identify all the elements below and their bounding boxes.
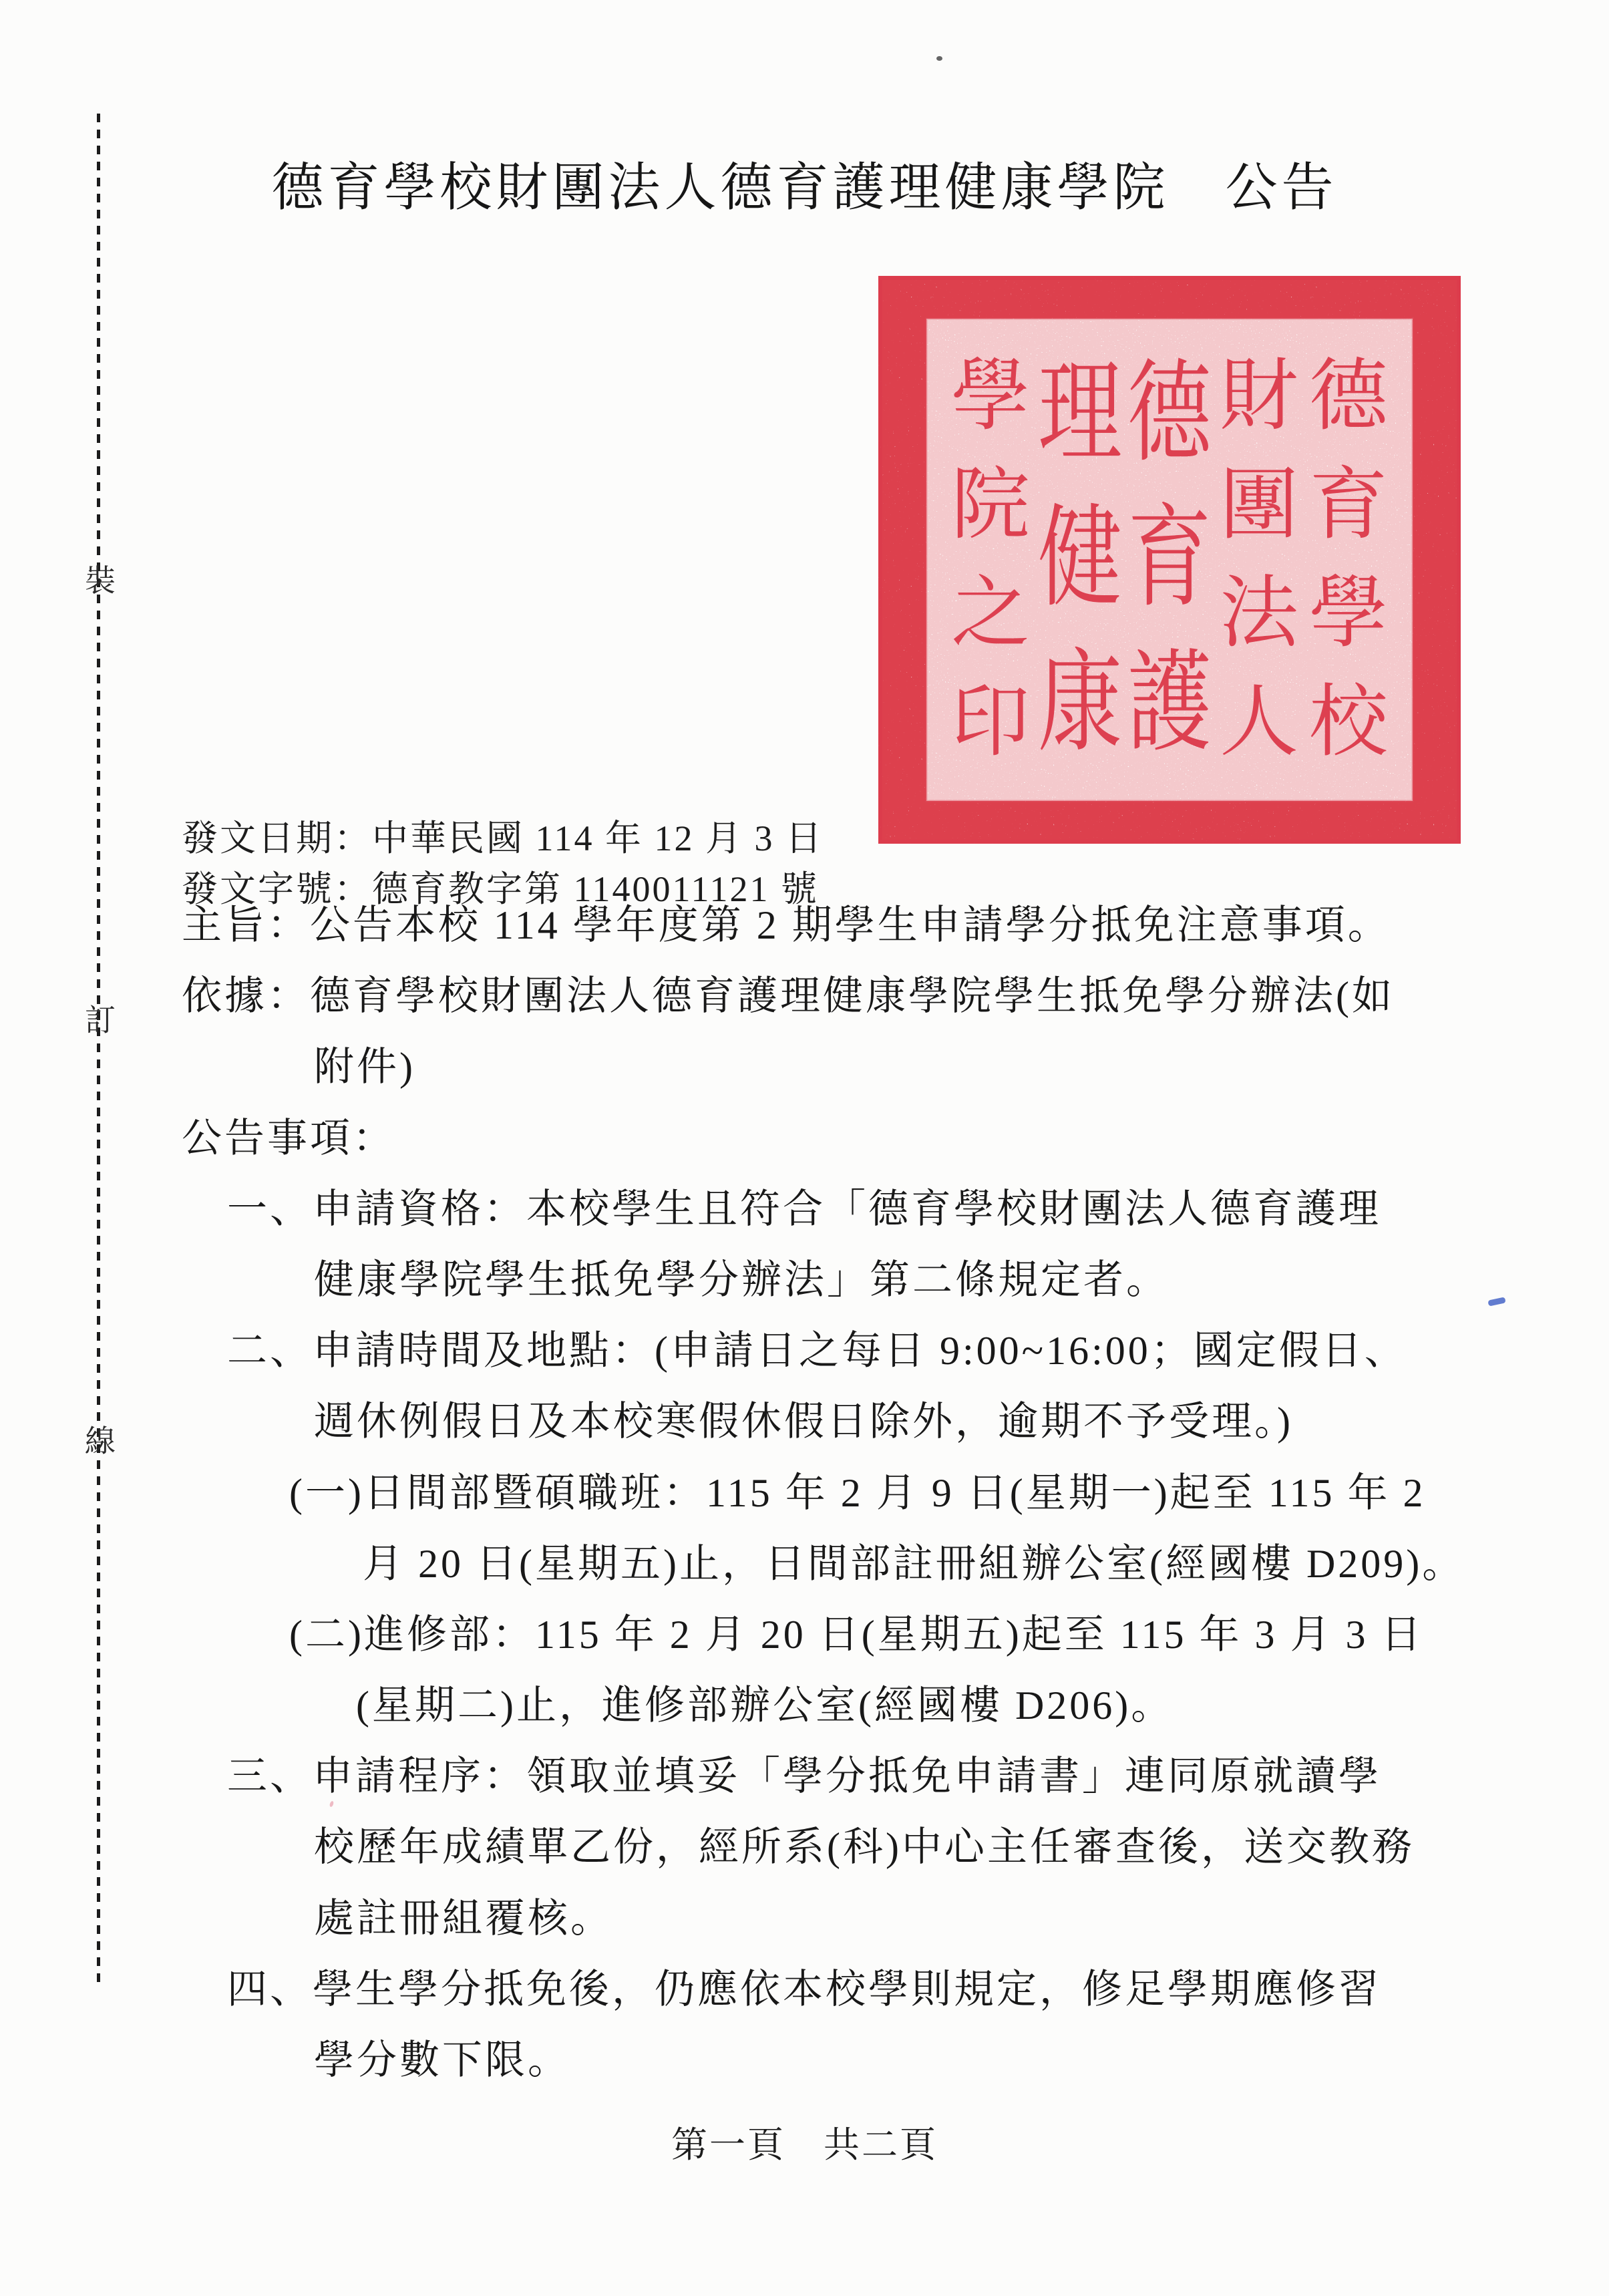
issue-date-line: 發文日期：中華民國 114 年 12 月 3 日 xyxy=(182,810,824,861)
announcement-page: 裝 訂 線 德育學校財團法人德育護理健康學院 公告 xyxy=(0,0,1609,2296)
body-line-item-1: 一、申請資格：本校學生且符合「德育學校財團法人德育護理 xyxy=(227,1174,1491,1245)
document-title: 德育學校財團法人德育護理健康學院 公告 xyxy=(271,146,1337,220)
seal-column: 財團法人 xyxy=(1216,343,1302,777)
seal-column: 理健康 xyxy=(1037,343,1123,777)
seal-column: 德育學校 xyxy=(1306,343,1391,777)
body-line-subject: 主旨：公告本校 114 學年度第 2 期學生申請學分抵免注意事項。 xyxy=(182,890,1491,961)
announcement-body: 主旨：公告本校 114 學年度第 2 期學生申請學分抵免注意事項。 依據：德育學… xyxy=(182,890,1491,2096)
scan-speck-gray xyxy=(936,56,942,61)
official-seal: 德育學校 財團法人 德育護 理健康 學院之印 xyxy=(878,276,1461,844)
body-line: 健康學院學生抵免學分辦法」第二條規定者。 xyxy=(314,1245,1491,1315)
body-line: 週休例假日及本校寒假休假日除外，逾期不予受理。) xyxy=(314,1386,1491,1457)
body-line: 學分數下限。 xyxy=(314,2025,1491,2096)
seal-column: 學院之印 xyxy=(948,343,1033,777)
body-line: 校歷年成績單乙份，經所系(科)中心主任審查後，送交教務 xyxy=(314,1812,1491,1882)
binding-dashed-line xyxy=(97,114,100,1989)
seal-text: 德育學校 財團法人 德育護 理健康 學院之印 xyxy=(948,343,1391,777)
body-line-items-header: 公告事項： xyxy=(182,1103,1491,1174)
body-line-item-3: 三、申請程序：領取並填妥「學分抵免申請書」連同原就讀學 xyxy=(227,1741,1491,1812)
body-line: 月 20 日(星期五)止，日間部註冊組辦公室(經國樓 D209)。 xyxy=(363,1528,1491,1599)
binding-char-zhuang: 裝 xyxy=(83,566,118,597)
body-line-basis: 依據：德育學校財團法人德育護理健康學院學生抵免學分辦法(如 xyxy=(182,961,1491,1031)
body-line: 處註冊組覆核。 xyxy=(314,1883,1491,1954)
body-line-item-2-1: (一)日間部暨碩職班：115 年 2 月 9 日(星期一)起至 115 年 2 xyxy=(289,1458,1491,1528)
binding-char-ding: 訂 xyxy=(83,1005,118,1036)
body-line-item-2-2: (二)進修部：115 年 2 月 20 日(星期五)起至 115 年 3 月 3… xyxy=(289,1599,1491,1670)
body-line-item-4: 四、學生學分抵免後，仍應依本校學則規定，修足學期應修習 xyxy=(227,1954,1491,2025)
body-line: (星期二)止，進修部辦公室(經國樓 D206)。 xyxy=(356,1670,1491,1741)
body-line-item-2: 二、申請時間及地點：(申請日之每日 9:00~16:00；國定假日、 xyxy=(227,1315,1491,1386)
seal-column: 德育護 xyxy=(1127,343,1212,777)
binding-char-xian: 線 xyxy=(83,1426,118,1457)
body-line: 附件) xyxy=(314,1031,1491,1102)
page-footer: 第一頁 共二頁 xyxy=(671,2116,938,2168)
